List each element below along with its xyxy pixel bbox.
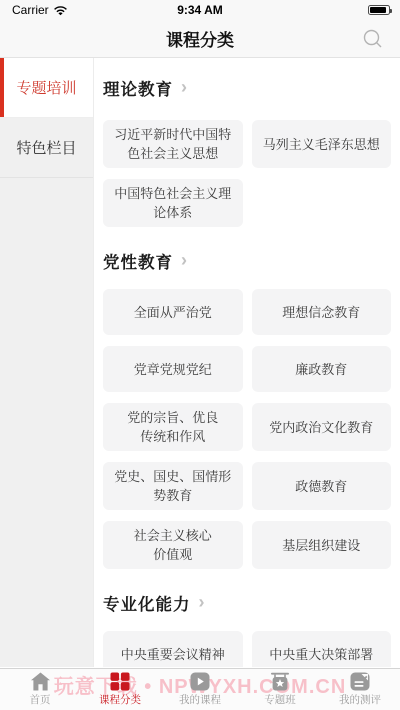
section-header-party-education[interactable]: 党性教育 › [103,249,391,273]
category-tag[interactable]: 中央重要会议精神 [103,631,243,667]
sidebar-item-label: 专题培训 [16,77,76,98]
tab-course-categories[interactable]: 课程分类 [80,669,160,710]
tab-bar: 首页 课程分类 我的课程 [0,668,400,710]
section-title: 专业化能力 [103,591,191,615]
category-tag[interactable]: 全面从严治党 [103,289,243,335]
section-header-professional-ability[interactable]: 专业化能力 › [103,591,391,615]
page-body: 专题培训 特色栏目 理论教育 › 习近平新时代中国特 色社会主义思想 马列主义毛… [0,58,400,667]
category-tag[interactable]: 基层组织建设 [252,521,392,569]
tab-label: 首页 [30,692,51,707]
chevron-right-icon: › [199,593,205,611]
category-tag[interactable]: 政德教育 [252,462,392,510]
category-tag[interactable]: 中国特色社会主义理 论体系 [103,179,243,227]
tab-my-courses[interactable]: 我的课程 [160,669,240,710]
category-tag[interactable]: 社会主义核心 价值观 [103,521,243,569]
search-button[interactable] [360,26,386,52]
carrier-label: Carrier [12,3,49,17]
category-tag[interactable]: 廉政教育 [252,346,392,392]
tag-grid: 全面从严治党 理想信念教育 党章党规党纪 廉政教育 党的宗旨、优良 传统和作风 … [103,289,391,569]
category-tag[interactable]: 党章党规党纪 [103,346,243,392]
edit-note-icon [350,672,370,691]
wifi-icon [53,5,68,16]
tab-label: 我的测评 [339,692,381,707]
tab-my-assessments[interactable]: 我的测评 [320,669,400,710]
tag-grid: 中央重要会议精神 中央重大决策部署 [103,631,391,667]
search-icon [362,28,384,50]
sidebar-item-label: 特色栏目 [16,137,76,158]
grid-icon [110,672,130,691]
app-screen: Carrier 9:34 AM 课程分类 专题培训 [0,0,400,710]
chevron-right-icon: › [181,78,187,96]
category-tag[interactable]: 党内政治文化教育 [252,403,392,451]
tab-label: 我的课程 [179,692,221,707]
category-tag[interactable]: 马列主义毛泽东思想 [252,120,392,168]
page-title: 课程分类 [166,26,234,51]
category-tag[interactable]: 中央重大决策部署 [252,631,392,667]
chevron-right-icon: › [181,251,187,269]
category-tag[interactable]: 党史、国史、国情形 势教育 [103,462,243,510]
category-content: 理论教育 › 习近平新时代中国特 色社会主义思想 马列主义毛泽东思想 中国特色社… [94,58,400,667]
nav-header: 课程分类 [0,20,400,58]
category-tag[interactable]: 党的宗旨、优良 传统和作风 [103,403,243,451]
tab-label: 专题班 [264,692,296,707]
battery-icon [368,5,390,15]
tab-home[interactable]: 首页 [0,669,80,710]
tab-special-class[interactable]: 专题班 [240,669,320,710]
category-sidebar: 专题培训 特色栏目 [0,58,94,667]
tab-label: 课程分类 [99,692,141,707]
section-header-theory-education[interactable]: 理论教育 › [103,76,391,100]
section-title: 党性教育 [103,249,173,273]
play-icon [190,672,210,691]
status-bar: Carrier 9:34 AM [0,0,400,20]
signboard-star-icon [269,672,291,691]
category-tag[interactable]: 习近平新时代中国特 色社会主义思想 [103,120,243,168]
category-tag[interactable]: 理想信念教育 [252,289,392,335]
section-title: 理论教育 [103,76,173,100]
tag-grid: 习近平新时代中国特 色社会主义思想 马列主义毛泽东思想 中国特色社会主义理 论体… [103,120,391,227]
sidebar-item-featured-columns[interactable]: 特色栏目 [0,118,93,178]
sidebar-item-special-training[interactable]: 专题培训 [0,58,93,118]
home-icon [30,672,51,691]
